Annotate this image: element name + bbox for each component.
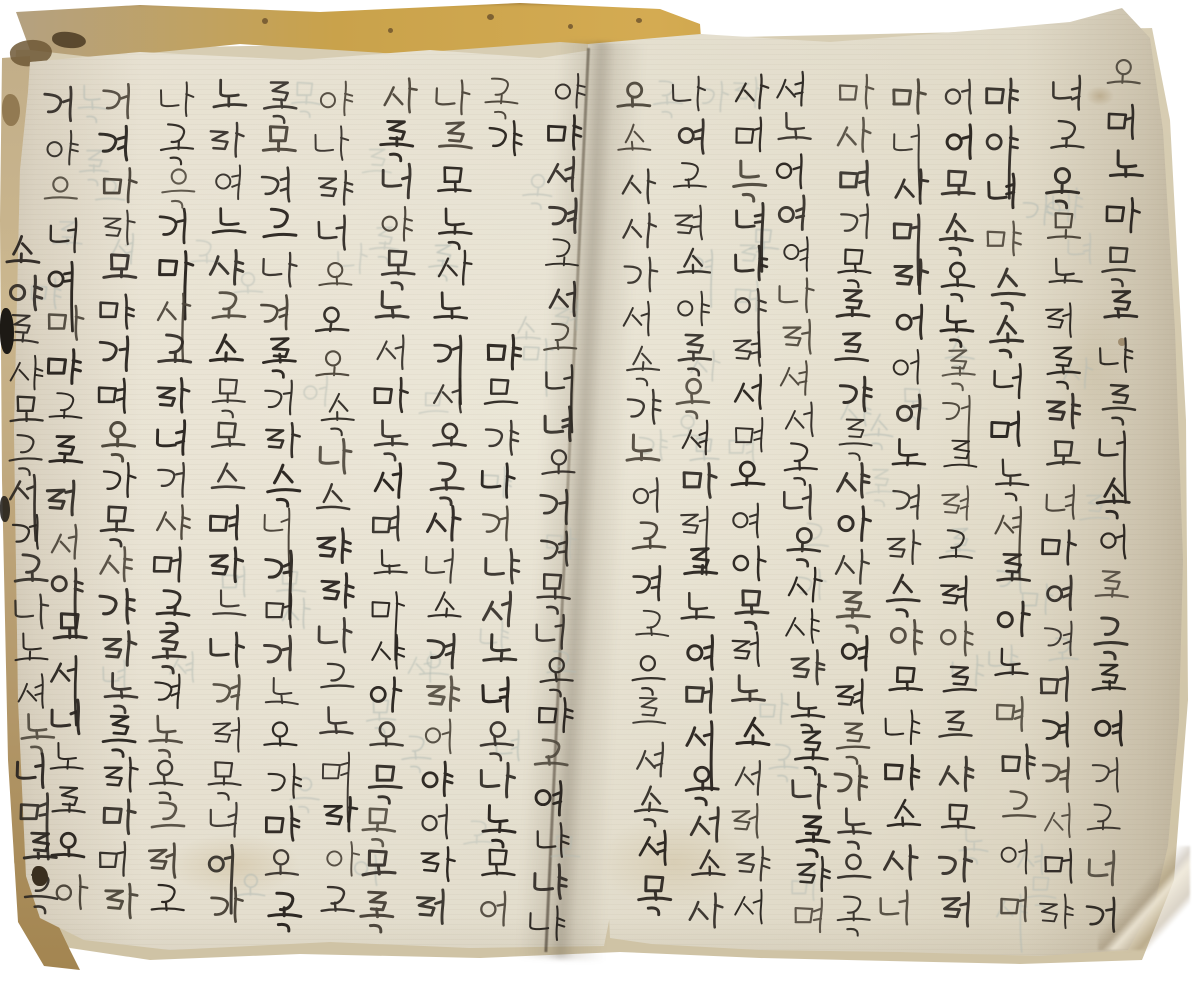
paper-stain (598, 816, 750, 908)
paper-stain (1056, 296, 1128, 438)
cover-corner-fray (2, 94, 20, 126)
cover-speck (388, 28, 393, 33)
manuscript-photo (0, 0, 1192, 985)
paper-speck (1118, 338, 1126, 346)
ink-blot (32, 866, 48, 886)
paper-stain (1086, 86, 1114, 106)
ink-blot (0, 308, 14, 354)
cover-speck (636, 18, 642, 23)
cover-speck (262, 18, 268, 24)
paper-stain (168, 834, 300, 896)
page-corner-curl (1098, 846, 1190, 950)
cover-speck (568, 24, 573, 29)
ink-blot (0, 496, 10, 522)
cover-speck (487, 14, 494, 20)
